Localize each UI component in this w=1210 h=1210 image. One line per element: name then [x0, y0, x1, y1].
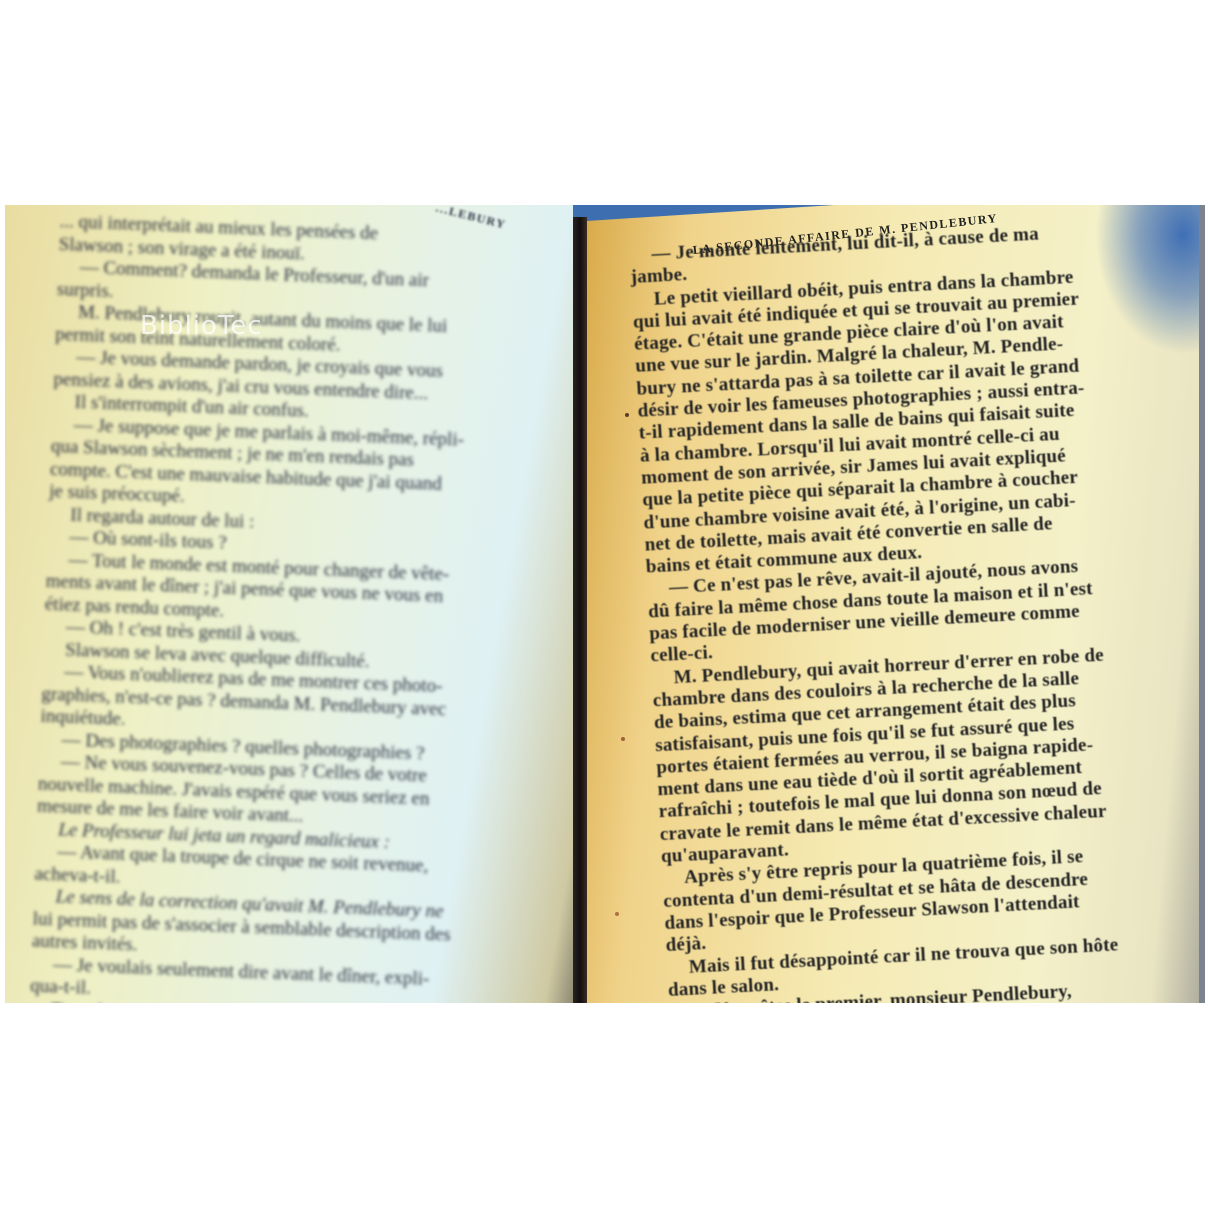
book-gutter [573, 217, 587, 1003]
book-photo: ...LEBURY ... qui interprétait au mieux … [5, 205, 1205, 1003]
page-edge [1199, 205, 1205, 1003]
paper-speck [625, 413, 629, 417]
left-page-text: ... qui interprétait au mieux les pensée… [26, 211, 564, 1003]
left-page: ...LEBURY ... qui interprétait au mieux … [5, 205, 573, 1003]
right-page: LA SECONDE AFFAIRE DE M. PENDLEBURY — Je… [587, 205, 1205, 1003]
background-blue-corner [1095, 205, 1205, 355]
watermark: BiblioTec [140, 311, 263, 341]
paper-speck [621, 737, 625, 741]
paper-speck [615, 912, 619, 916]
